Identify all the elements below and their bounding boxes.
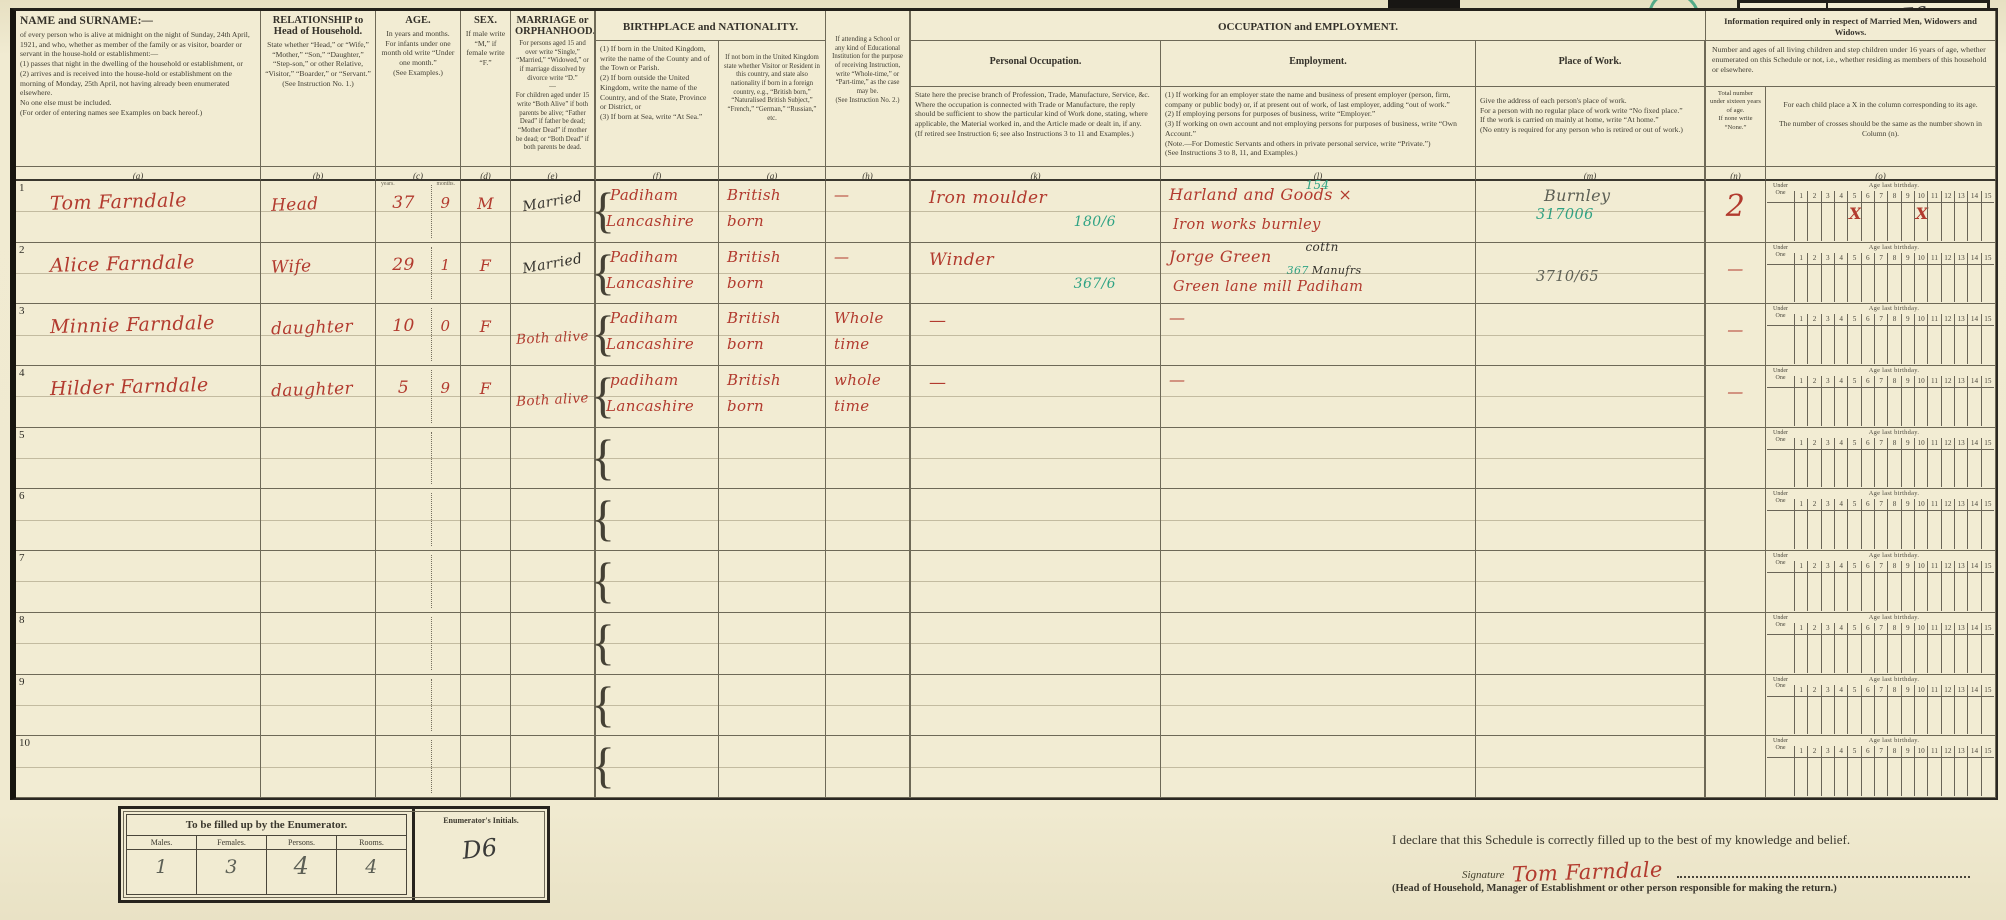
row-occupation-cell [911,551,1161,613]
age-years-value: 29 [376,255,431,275]
enumerator-initials-box: Enumerator's Initials. D6 [412,809,547,900]
birthplace-line2: Lancashire [606,335,694,353]
col-relationship-title: RELATIONSHIP to Head of Household. [265,15,371,37]
age-number-9: 9 [1901,253,1914,264]
age-number-15: 15 [1981,685,1994,696]
employment-line1: Jorge Green [1169,247,1272,266]
age-number-3: 3 [1821,746,1834,757]
mark-cell-age-10: X [1914,202,1927,241]
enumerator-box-title: To be filled up by the Enumerator. [127,815,406,836]
age-number-10: 10 [1914,561,1927,572]
birthplace-line1: Padiham [610,309,678,327]
age-number-1: 1 [1794,253,1807,264]
signature-dotted-rule [1677,874,1970,878]
age-number-1: 1 [1794,746,1807,757]
age-number-14: 14 [1967,314,1980,325]
relationship-value: Head [271,194,319,216]
col-header-name: NAME and SURNAME:— of every person who i… [16,11,261,167]
mark-cell-age-12 [1941,572,1954,611]
row-marriage-cell: Married [511,243,596,305]
row-age-grid-cell: Under OneAge last birthday.1234567891011… [1766,243,1996,305]
age-number-11: 11 [1927,376,1940,387]
row-nationality-cell: Britishborn [719,181,826,243]
mark-cell-age-13 [1954,325,1967,364]
mark-cell-age-7 [1874,202,1887,241]
row-relationship-cell: daughter [261,366,376,428]
census-schedule-table: NAME and SURNAME:— of every person who i… [10,8,1998,800]
birthplace-line2: Lancashire [606,274,694,292]
age-number-3: 3 [1821,623,1834,634]
row-sex-cell [461,428,511,490]
mark-cell-age-1 [1794,325,1807,364]
place-of-work-line1: Burnley [1544,186,1610,205]
mark-cell-age-11 [1927,449,1940,488]
age-number-7: 7 [1874,314,1887,325]
declaration-text: I declare that this Schedule is correctl… [1392,832,1970,848]
row-age-cell: 291 [376,243,461,305]
males-header: Males. [127,836,197,850]
age-number-7: 7 [1874,376,1887,387]
row-total-children-cell [1706,613,1766,675]
mark-cell-age-7 [1874,696,1887,735]
group-header-married-info: Information required only in respect of … [1706,11,1996,41]
row-relationship-cell: daughter [261,304,376,366]
row-place-of-work-cell [1476,675,1706,737]
age-number-4: 4 [1834,191,1847,202]
mark-cell-under-one [1767,325,1794,364]
row-age-cell [376,675,461,737]
mark-cell-age-5 [1847,757,1860,796]
age-number-3: 3 [1821,376,1834,387]
persons-header: Persons. [267,836,337,850]
birthplace-line1: Padiham [610,186,678,204]
place-of-work-line2: 317006 [1536,207,1594,223]
mark-cell-age-12 [1941,757,1954,796]
rooms-value: 4 [337,850,406,894]
row-employment-cell: — [1161,366,1476,428]
age-number-11: 11 [1927,746,1940,757]
row-sex-cell [461,489,511,551]
row-total-children-cell [1706,489,1766,551]
relationship-value: daughter [271,379,354,402]
age-number-7: 7 [1874,746,1887,757]
col-header-relationship: RELATIONSHIP to Head of Household. State… [261,11,376,167]
mark-cell-age-1 [1794,572,1807,611]
mark-cell-age-4 [1834,202,1847,241]
row-place-of-work-cell [1476,489,1706,551]
mark-cell-age-4 [1834,634,1847,673]
mark-cell-age-1 [1794,696,1807,735]
age-number-8: 8 [1887,376,1900,387]
age-number-11: 11 [1927,561,1940,572]
age-number-2: 2 [1807,438,1820,449]
age-last-birthday-label: Age last birthday. [1794,182,1994,191]
mark-cell-age-6 [1861,449,1874,488]
age-number-9: 9 [1901,314,1914,325]
mark-cell-under-one [1767,572,1794,611]
mark-cell-age-3 [1821,387,1834,426]
under-one-label: Under One [1767,737,1794,757]
col-nationality-instructions: If not born in the United Kingdom state … [723,44,821,124]
col-letter-k: (k) [911,167,1161,181]
age-number-6: 6 [1861,191,1874,202]
age-number-12: 12 [1941,623,1954,634]
row-number: 1 [19,182,25,194]
age-number-3: 3 [1821,253,1834,264]
child-age-grid: Under OneAge last birthday.1234567891011… [1767,737,1994,796]
education-line2: time [834,335,870,353]
mark-cell-age-6 [1861,325,1874,364]
under-one-label: Under One [1767,490,1794,510]
mark-cell-age-15 [1981,449,1994,488]
age-number-5: 5 [1847,746,1860,757]
row-name-cell: 4Hilder Farndale [16,366,261,428]
row-age-cell [376,613,461,675]
mark-cell-age-14 [1967,757,1980,796]
age-number-10: 10 [1914,685,1927,696]
employment-line2: Iron works burnley [1173,217,1321,233]
employment-mid-green: 367 [1287,264,1309,277]
col-letter-f: (f) [596,167,719,181]
mark-cell-age-8 [1887,510,1900,549]
row-number: 10 [19,737,30,749]
age-last-birthday-label: Age last birthday. [1794,737,1994,746]
age-number-12: 12 [1941,376,1954,387]
age-number-7: 7 [1874,438,1887,449]
age-number-6: 6 [1861,438,1874,449]
age-number-11: 11 [1927,438,1940,449]
col-age-title: AGE. [380,15,456,26]
mark-cell-age-15 [1981,387,1994,426]
occupation-value: — [929,311,946,331]
mark-cell-age-4 [1834,449,1847,488]
under-one-label: Under One [1767,305,1794,325]
row-relationship-cell: Wife [261,243,376,305]
row-nationality-cell: Britishborn [719,304,826,366]
place-of-work-line2: 3710/65 [1536,269,1599,285]
mark-cell-age-4 [1834,325,1847,364]
age-months-value: 1 [431,256,460,274]
occupation-value: — [929,373,946,393]
age-number-2: 2 [1807,376,1820,387]
employment-title: Employment. [1165,44,1471,67]
row-sex-cell [461,551,511,613]
mark-cell-age-13 [1954,634,1967,673]
row-education-cell: — [826,243,911,305]
row-name-cell: 1Tom Farndale [16,181,261,243]
subheader-married-info: Number and ages of all living children a… [1706,41,1996,87]
nationality-line1: British [727,309,781,327]
row-employment-cell [1161,675,1476,737]
rooms-header: Rooms. [337,836,406,850]
age-number-1: 1 [1794,314,1807,325]
education-line1: Whole [834,309,884,327]
sex-value: M [461,194,510,213]
row-age-grid-cell: Under OneAge last birthday.1234567891011… [1766,736,1996,798]
education-line1: — [834,186,849,204]
age-number-2: 2 [1807,561,1820,572]
nationality-line2: born [727,335,764,353]
age-number-15: 15 [1981,253,1994,264]
row-birthplace-cell: { [596,428,719,490]
age-number-15: 15 [1981,561,1994,572]
age-number-3: 3 [1821,561,1834,572]
mark-cell-age-8 [1887,449,1900,488]
age-number-10: 10 [1914,623,1927,634]
age-number-3: 3 [1821,499,1834,510]
mark-cell-age-2 [1807,387,1820,426]
row-relationship-cell [261,551,376,613]
row-total-children-cell [1706,736,1766,798]
age-number-2: 2 [1807,191,1820,202]
mark-cell-age-1 [1794,202,1807,241]
row-sex-cell: F [461,304,511,366]
col-age-instructions: In years and months. For infants under o… [380,29,456,78]
age-number-9: 9 [1901,623,1914,634]
mark-cell-age-3 [1821,634,1834,673]
row-marriage-cell [511,551,596,613]
employment-line1: — [1169,308,1185,327]
row-employment-cell: cottnJorge Green367ManufrsGreen lane mil… [1161,243,1476,305]
age-number-12: 12 [1941,685,1954,696]
row-place-of-work-cell [1476,613,1706,675]
mark-cell-age-15 [1981,202,1994,241]
age-number-3: 3 [1821,191,1834,202]
marriage-value: Married [510,249,595,279]
row-age-grid-cell: Under OneAge last birthday.1234567891011… [1766,551,1996,613]
row-age-grid-cell: Under OneAge last birthday.1234567891011… [1766,304,1996,366]
brace-glyph: { [591,428,615,486]
subheader-place-of-work: Place of Work. [1476,41,1706,87]
marriage-value: Both alive [511,390,595,410]
age-number-1: 1 [1794,561,1807,572]
age-number-9: 9 [1901,499,1914,510]
mark-cell-age-1 [1794,510,1807,549]
age-number-13: 13 [1954,499,1967,510]
mark-cell-age-2 [1807,757,1820,796]
row-number: 5 [19,429,25,441]
col-header-age: AGE. In years and months. For infants un… [376,11,461,167]
row-occupation-cell [911,489,1161,551]
age-number-12: 12 [1941,253,1954,264]
row-total-children-cell: 2 [1706,181,1766,243]
mark-cell-age-14 [1967,264,1980,303]
row-name-cell: 6 [16,489,261,551]
col-header-total-children: Total number under sixteen years of age.… [1706,87,1766,167]
row-birthplace-cell: { [596,736,719,798]
col-name-title: NAME and SURNAME:— [20,15,256,27]
mark-cell-age-8 [1887,572,1900,611]
age-years-value: 5 [376,378,431,398]
col-letter-n: (n) [1706,167,1766,181]
mark-cell-age-5 [1847,634,1860,673]
row-birthplace-cell: { [596,613,719,675]
mark-cell-age-12 [1941,510,1954,549]
row-age-grid-cell: Under OneAge last birthday.1234567891011… [1766,613,1996,675]
mark-cell-age-13 [1954,449,1967,488]
under-one-label: Under One [1767,367,1794,387]
row-marriage-cell: Both alive [511,304,596,366]
col-header-employment-body: (1) If working for an employer state the… [1161,87,1476,167]
row-employment-cell [1161,551,1476,613]
mark-cell-under-one [1767,634,1794,673]
age-number-7: 7 [1874,623,1887,634]
age-number-1: 1 [1794,376,1807,387]
child-age-grid: Under OneAge last birthday.1234567891011… [1767,552,1994,611]
row-marriage-cell: Married [511,181,596,243]
age-years-value: 10 [376,316,431,336]
age-number-10: 10 [1914,746,1927,757]
males-value: 1 [127,850,197,894]
age-number-14: 14 [1967,191,1980,202]
age-number-1: 1 [1794,685,1807,696]
row-nationality-cell: Britishborn [719,243,826,305]
mark-cell-under-one [1767,510,1794,549]
age-number-14: 14 [1967,499,1980,510]
age-number-2: 2 [1807,314,1820,325]
row-age-cell: 100 [376,304,461,366]
total-under16-value: 2 [1706,189,1765,224]
mark-cell-age-8 [1887,264,1900,303]
col-marriage-title: MARRIAGE or ORPHANHOOD. [515,15,590,37]
mark-cell-age-5 [1847,264,1860,303]
age-number-5: 5 [1847,191,1860,202]
col-header-marriage: MARRIAGE or ORPHANHOOD. For persons aged… [511,11,596,167]
age-number-4: 4 [1834,438,1847,449]
age-divider [431,740,432,793]
age-number-8: 8 [1887,623,1900,634]
mark-cell-age-14 [1967,634,1980,673]
mark-cell-age-4 [1834,572,1847,611]
col-header-nationality: If not born in the United Kingdom state … [719,41,826,167]
age-number-1: 1 [1794,438,1807,449]
row-relationship-cell [261,675,376,737]
age-number-9: 9 [1901,685,1914,696]
employment-line2: Green lane mill Padiham [1173,279,1363,295]
mark-cell-age-2 [1807,202,1820,241]
enumerator-initials-value: D6 [417,819,546,901]
age-number-13: 13 [1954,438,1967,449]
row-total-children-cell [1706,551,1766,613]
relationship-value: Wife [271,256,312,277]
age-number-9: 9 [1901,376,1914,387]
age-number-12: 12 [1941,314,1954,325]
signature-line: Signature Tom Farndale [1392,860,1970,881]
age-number-8: 8 [1887,253,1900,264]
nationality-line1: British [727,248,781,266]
age-divider [431,493,432,546]
mark-cell-age-13 [1954,202,1967,241]
mark-cell-age-12 [1941,696,1954,735]
col-letter-m: (m) [1476,167,1706,181]
mark-cell-age-8 [1887,387,1900,426]
mark-cell-age-10 [1914,696,1927,735]
under-one-label: Under One [1767,676,1794,696]
age-number-5: 5 [1847,685,1860,696]
birthplace-line2: Lancashire [606,212,694,230]
row-place-of-work-cell [1476,304,1706,366]
row-employment-cell [1161,613,1476,675]
mark-cell-age-13 [1954,264,1967,303]
mark-cell-age-14 [1967,696,1980,735]
row-total-children-cell: — [1706,304,1766,366]
mark-cell-age-3 [1821,202,1834,241]
row-name-cell: 9 [16,675,261,737]
col-letter-d: (d) [461,167,511,181]
row-sex-cell: F [461,366,511,428]
age-number-13: 13 [1954,314,1967,325]
row-relationship-cell [261,613,376,675]
females-header: Females. [197,836,267,850]
row-age-cell [376,489,461,551]
mark-cell-age-2 [1807,264,1820,303]
age-number-15: 15 [1981,438,1994,449]
mark-cell-age-9 [1901,264,1914,303]
age-divider [431,555,432,608]
enumerator-counts-table: To be filled up by the Enumerator. Males… [126,814,407,895]
mark-cell-age-7 [1874,264,1887,303]
marriage-value: Both alive [511,328,595,348]
row-employment-cell: — [1161,304,1476,366]
col-letter-a: (a) [16,167,261,181]
mark-cell-age-1 [1794,449,1807,488]
mark-cell-age-14 [1967,202,1980,241]
mark-cell-age-12 [1941,634,1954,673]
age-divider [431,679,432,732]
age-number-12: 12 [1941,499,1954,510]
age-number-4: 4 [1834,376,1847,387]
age-number-13: 13 [1954,746,1967,757]
mark-cell-age-12 [1941,202,1954,241]
age-number-4: 4 [1834,746,1847,757]
col-header-education: If attending a School or any kind of Edu… [826,11,911,167]
col-name-instructions: of every person who is alive at midnight… [20,30,256,117]
mark-cell-age-2 [1807,572,1820,611]
mark-cell-age-10 [1914,572,1927,611]
mark-cell-under-one [1767,449,1794,488]
mark-cell-age-15 [1981,264,1994,303]
age-number-14: 14 [1967,561,1980,572]
row-age-grid-cell: Under OneAge last birthday.1234567891011… [1766,489,1996,551]
occupation-group-title: OCCUPATION and EMPLOYMENT. [915,14,1701,33]
age-number-4: 4 [1834,253,1847,264]
row-education-cell: wholetime [826,366,911,428]
col-age-grid-instructions: For each child place a X in the column c… [1770,90,1991,139]
mark-cell-age-4 [1834,696,1847,735]
enumerator-box: To be filled up by the Enumerator. Males… [118,806,550,903]
age-number-11: 11 [1927,623,1940,634]
age-number-13: 13 [1954,623,1967,634]
mark-cell-age-11 [1927,264,1940,303]
age-months-value: 9 [431,194,460,212]
age-cross-mark: X [1916,204,1928,223]
mark-cell-age-7 [1874,325,1887,364]
age-last-birthday-label: Age last birthday. [1794,244,1994,253]
age-last-birthday-label: Age last birthday. [1794,305,1994,314]
age-number-3: 3 [1821,438,1834,449]
age-number-8: 8 [1887,561,1900,572]
education-line2: time [834,397,870,415]
mark-cell-age-9 [1901,572,1914,611]
mark-cell-age-7 [1874,757,1887,796]
col-letter-h: (h) [826,167,911,181]
mark-cell-age-9 [1901,510,1914,549]
row-name-cell: 10 [16,736,261,798]
mark-cell-under-one [1767,264,1794,303]
mark-cell-age-5 [1847,449,1860,488]
age-number-7: 7 [1874,191,1887,202]
child-age-grid: Under OneAge last birthday.1234567891011… [1767,305,1994,364]
